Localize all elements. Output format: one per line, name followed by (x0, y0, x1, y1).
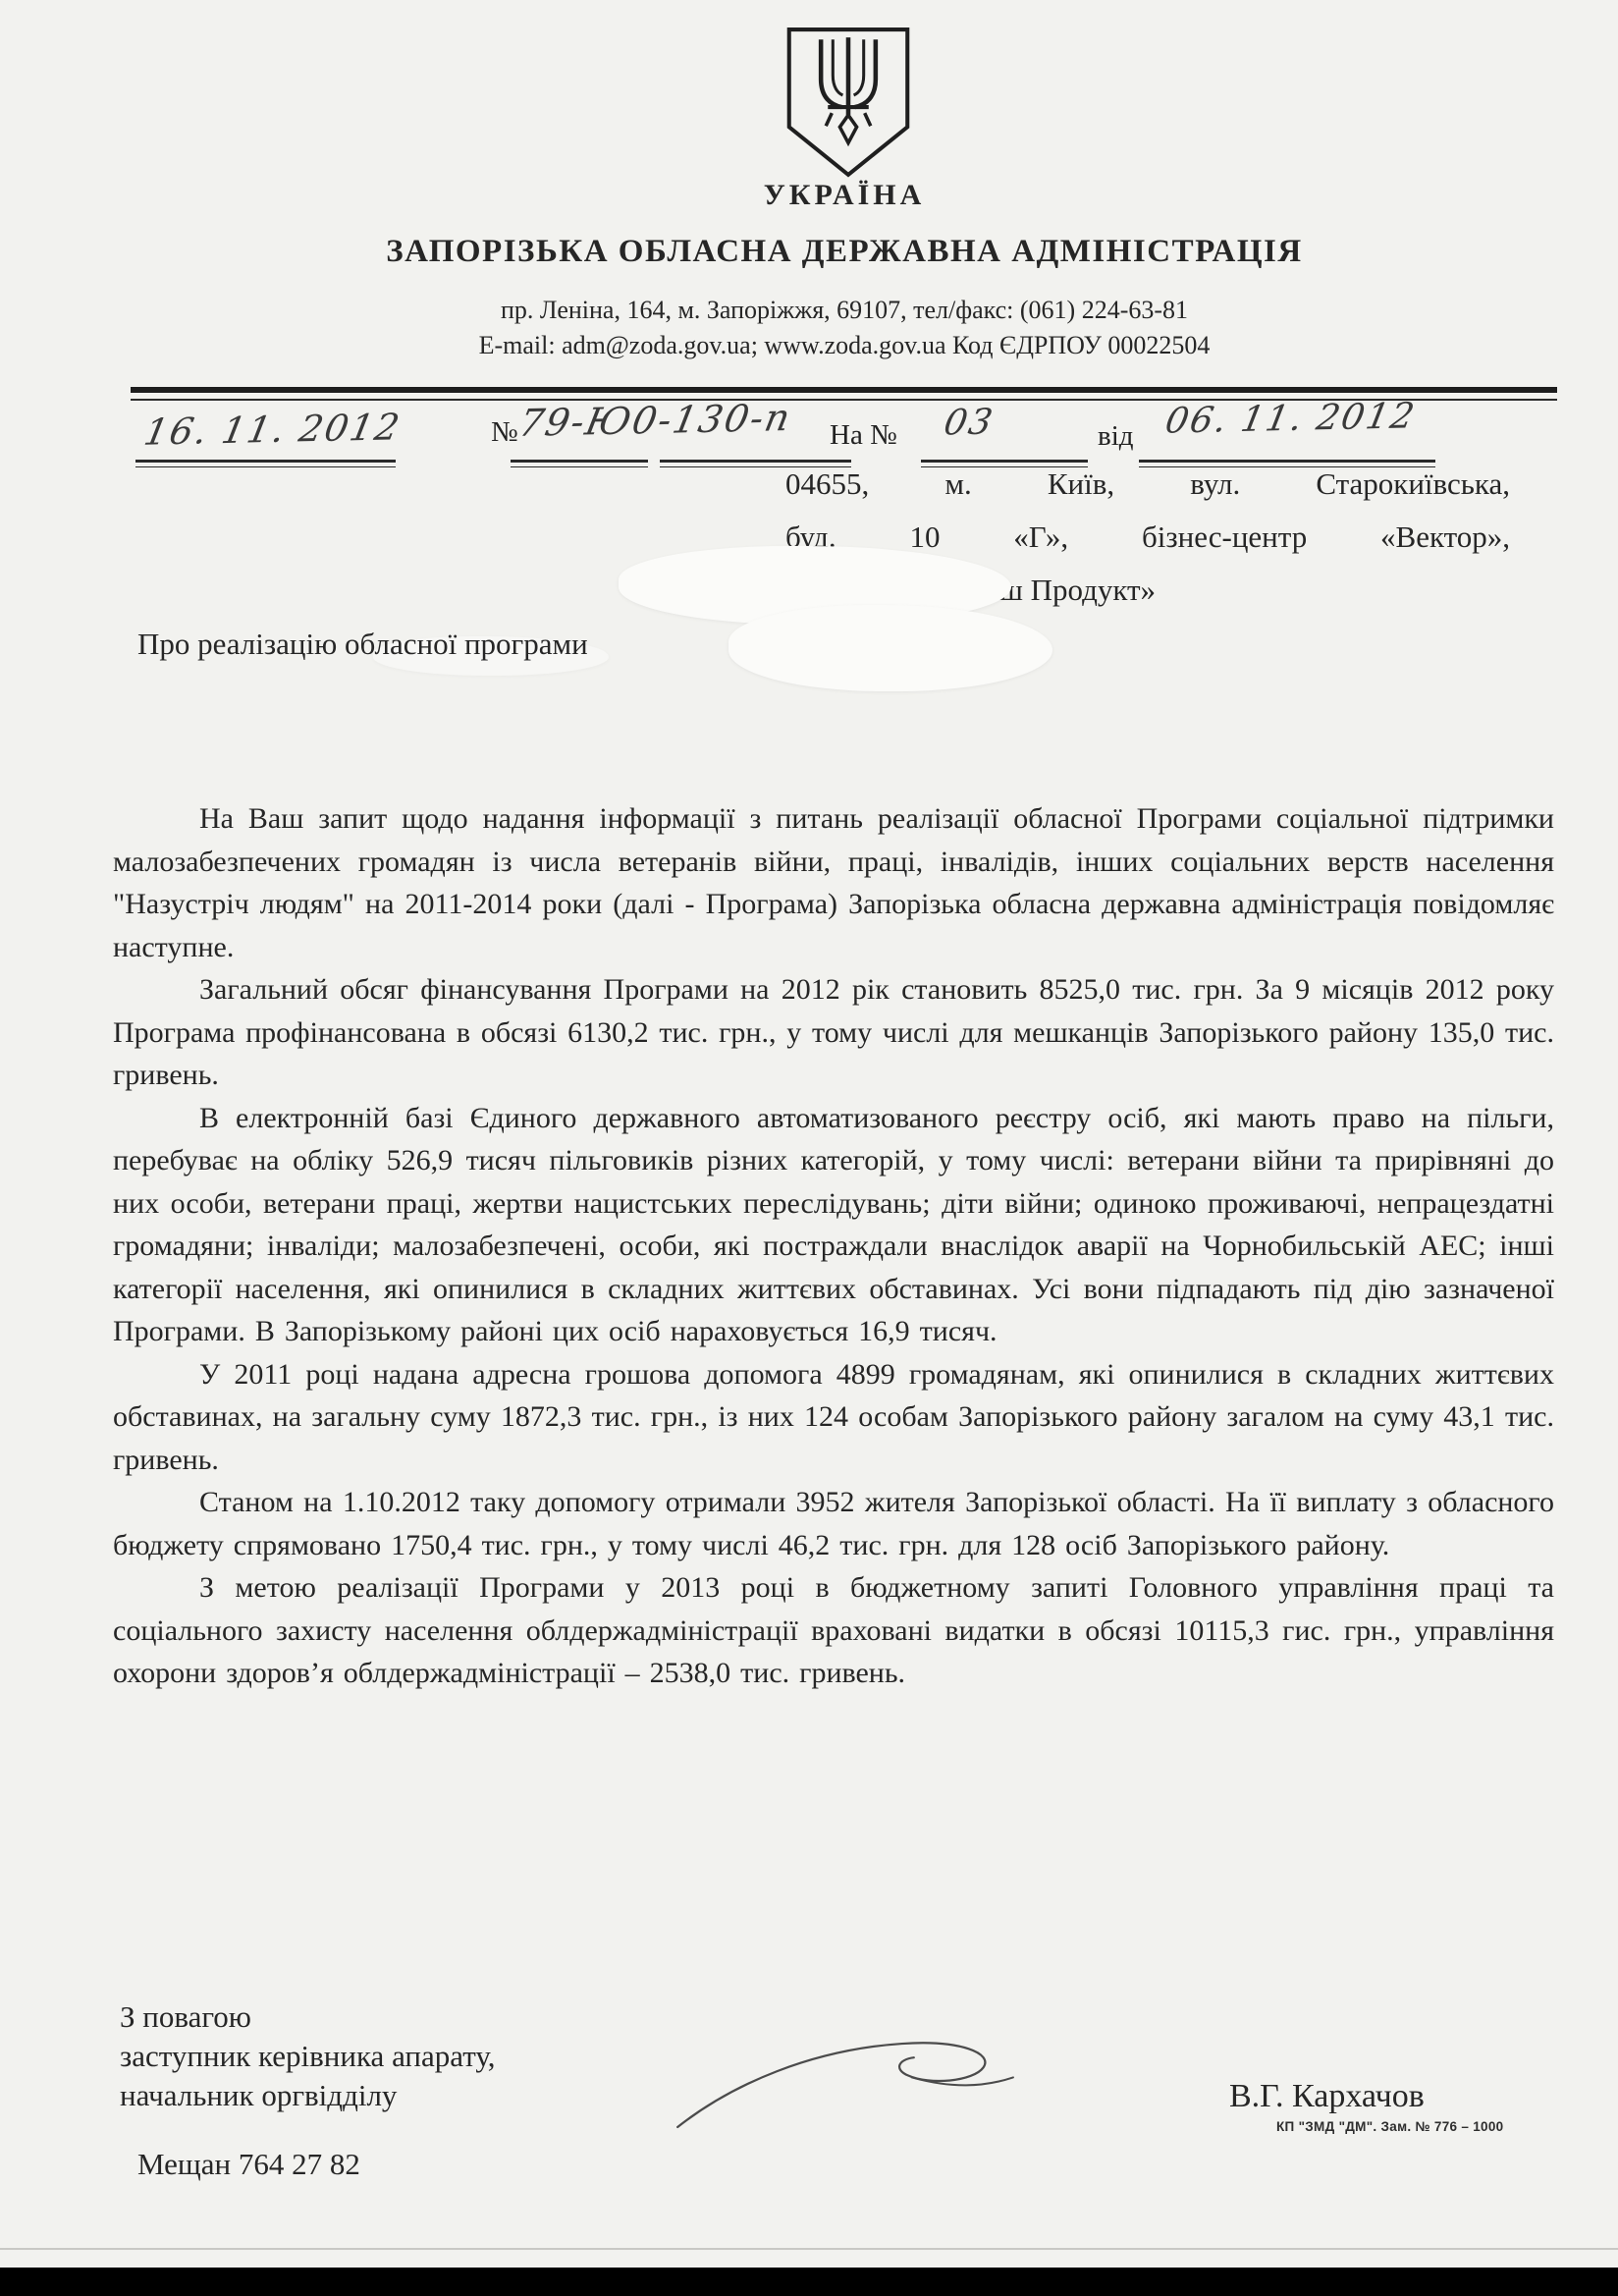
country-title: УКРАЇНА (128, 179, 1561, 212)
paragraph: На Ваш запит щодо надання інформації з п… (113, 797, 1554, 968)
reply-date-label: від (1098, 420, 1134, 453)
paragraph: Загальний обсяг фінансування Програми на… (113, 968, 1554, 1097)
reply-number-label: На № (830, 419, 897, 452)
executor-contact: Мещан 764 27 82 (137, 2147, 360, 2182)
scanned-letter-page: УКРАЇНА ЗАПОРІЗЬКА ОБЛАСНА ДЕРЖАВНА АДМІ… (0, 0, 1618, 2296)
date-underline (135, 460, 396, 463)
number-label: № (491, 416, 518, 449)
closing-salutation: З повагою (120, 1997, 496, 2037)
print-shop-note: КП "ЗМД "ДМ". Зам. № 776 – 1000 (1276, 2119, 1503, 2134)
scan-black-band (0, 2268, 1618, 2296)
paragraph: З метою реалізації Програми у 2013 році … (113, 1566, 1554, 1695)
signer-position-line: заступник керівника апарату, (120, 2037, 496, 2076)
signature-icon (664, 2031, 1021, 2137)
outgoing-number-handwritten: 79-Ю0-130-п (515, 396, 795, 445)
paragraph: В електронній базі Єдиного державного ав… (113, 1097, 1554, 1353)
paragraph: У 2011 році надана адресна грошова допом… (113, 1353, 1554, 1482)
letterhead-address: пр. Леніна, 164, м. Запоріжжя, 69107, те… (128, 296, 1561, 325)
letterhead-contacts: E-mail: adm@zoda.gov.ua; www.zoda.gov.ua… (128, 331, 1561, 360)
paragraph: Станом на 1.10.2012 таку допомогу отрима… (113, 1481, 1554, 1566)
outgoing-date-handwritten: 16. 11. 2012 (140, 406, 404, 453)
reply-date-handwritten: 06. 11. 2012 (1162, 396, 1420, 441)
letter-body: На Ваш запит щодо надання інформації з п… (113, 797, 1554, 1695)
signer-name: В.Г. Кархачов (1229, 2078, 1425, 2115)
header-rule-thick (131, 387, 1557, 393)
closing-block: З повагою заступник керівника апарату, н… (120, 1997, 496, 2115)
reply-number-handwritten: 03 (941, 402, 998, 443)
ukraine-trident-icon (781, 24, 916, 181)
number-underline-1 (511, 460, 648, 463)
signer-position-line: начальник оргвідділу (120, 2076, 496, 2115)
organization-title: ЗАПОРІЗЬКА ОБЛАСНА ДЕРЖАВНА АДМІНІСТРАЦІ… (128, 234, 1561, 270)
whiteout-smudge (728, 605, 1052, 691)
scan-page-edge (0, 2248, 1618, 2250)
recipient-line: 04655, м. Київ, вул. Старокиївська, (785, 458, 1510, 511)
subject-line: Про реалізацію обласної програми (137, 627, 588, 662)
